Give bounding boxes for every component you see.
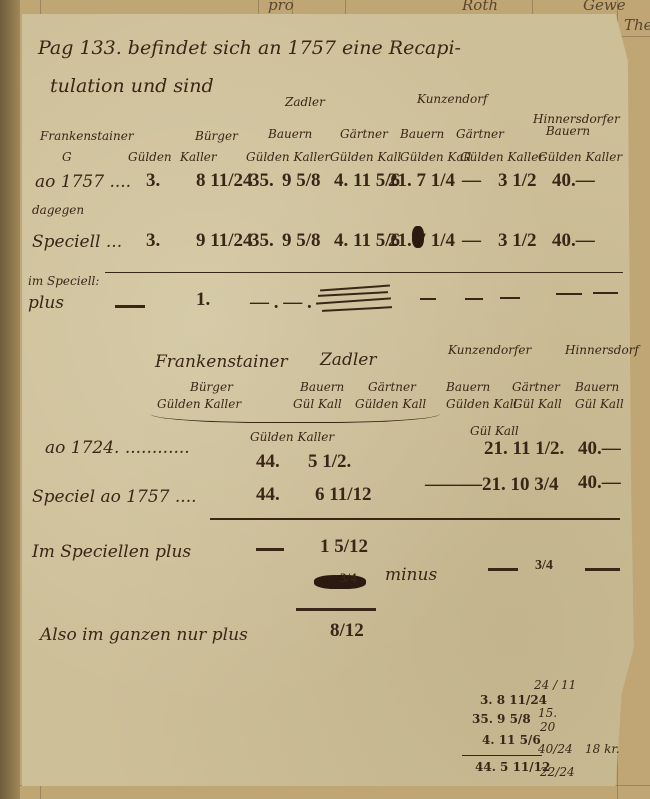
dash [115, 305, 145, 308]
calc-line-1: 3. 8 11/24 [480, 693, 547, 707]
summary-total-label: Also im ganzen nur plus [40, 625, 248, 645]
row-speciell-bauern-g: 35. [250, 230, 274, 252]
dash [593, 292, 618, 294]
row-1757-label: ao 1757 .... [35, 172, 131, 192]
unit-kaller: Kaller [180, 150, 217, 164]
col-buerger: Bürger [195, 129, 238, 143]
t2-row-1724-hinn: 40.— [578, 438, 621, 460]
col-frankenstainer: Frankenstainer [40, 129, 134, 143]
diff-dashes: — . — . [250, 292, 312, 314]
t2-row-1724-kaller: 5 1/2. [308, 451, 351, 473]
dash [585, 568, 620, 571]
t2-sub-bauern-z: Bauern [300, 380, 344, 394]
summary-plus-value: 1 5/12 [320, 536, 368, 558]
calc-rule [462, 755, 542, 756]
dash [420, 298, 436, 300]
row-1757-kunz-gaertner: — [462, 170, 481, 192]
row-1757-hinnersdorf: 40.— [552, 170, 595, 192]
t2-row-1724-label: ao 1724. ............ [45, 438, 190, 458]
unit-gk-5: Gülden Kaller [538, 150, 622, 164]
row-speciell-g: 3. [146, 230, 160, 252]
calc-side-3: 40/24 [538, 742, 573, 756]
t2-row-1724-kunz: 21. 11 1/2. [484, 438, 564, 460]
row-1757-g: 3. [146, 170, 160, 192]
header-bracket [150, 400, 440, 423]
ledger-rule [258, 0, 259, 14]
ledger-rule [532, 0, 533, 14]
row-speciell-kunz-gaertner: — [462, 230, 481, 252]
t2-sub-gaertner-k: Gärtner [512, 380, 560, 394]
heading-line-1: Pag 133. befindet sich an 1757 eine Reca… [38, 37, 461, 59]
summary-struck-value: 3/4 [340, 570, 357, 586]
diff-label: plus [28, 293, 64, 313]
row-speciell-hinnersdorf: 40.— [552, 230, 595, 252]
col-gaertner-kunzendorf: Gärtner [456, 127, 504, 141]
summary-minus-label: minus [385, 565, 437, 585]
ledger-rule [345, 0, 346, 14]
dash [256, 548, 284, 551]
t2-sub-gaertner-z: Gärtner [368, 380, 416, 394]
t2-row-1757-guelden: 44. [256, 484, 280, 506]
col-gaertner-zadler: Gärtner [340, 127, 388, 141]
col-bauern-zadler: Bauern [268, 127, 312, 141]
t2-row-1757-kunz: ———21. 10 3/4 [425, 474, 559, 496]
row-speciell-buerger: 9 11/24 [196, 230, 252, 252]
unit-gk-2: Gülden Kall [330, 150, 401, 164]
summary-minus-value: 3/4 [535, 558, 553, 574]
row-speciell-prefix: dagegen [32, 203, 84, 217]
t2-sub-bauern-h: Bauern [575, 380, 619, 394]
row-1757-kunz-gaertner-k: 3 1/2 [498, 170, 537, 192]
group-label-kunzendorf: Kunzendorf [417, 92, 487, 106]
summary-plus-label: Im Speciellen plus [32, 542, 191, 562]
t2-row-1724-guelden: 44. [256, 451, 280, 473]
t2-sub-buerger: Bürger [190, 380, 233, 394]
unit-guelden: Gülden [128, 150, 172, 164]
book-spine [0, 0, 20, 799]
row-speciell-bauern-k: 9 5/8 [282, 230, 321, 252]
unit-g: G [62, 150, 72, 164]
group-label-zadler: Zadler [285, 95, 325, 109]
t2-row-1757-kaller: 6 11/12 [315, 484, 371, 506]
t2-row-1757-hinn: 40.— [578, 472, 621, 494]
t2-group-frankenstainer: Frankenstainer [155, 352, 288, 372]
t2-group-hinnersdorf: Hinnersdorf [565, 343, 639, 357]
row-speciell-label: Speciell ... [32, 232, 122, 252]
table2-separator [210, 518, 620, 520]
t2-row-1724-units: Gülden Kaller [250, 430, 334, 444]
t2-unit-6: Gül Kall [575, 397, 624, 411]
t2-unit-4: Gülden Kall [446, 397, 517, 411]
calc-side-1: 15. [538, 706, 557, 720]
calc-note: 18 kr. [585, 742, 620, 756]
ledger-header-the: The [624, 16, 650, 34]
summary-total-value: 8/12 [330, 620, 364, 642]
t2-group-zadler: Zadler [320, 350, 376, 370]
heading-line-2: tulation und sind [50, 75, 214, 97]
diff-buerger: 1. [196, 289, 210, 311]
table1-separator [105, 272, 623, 273]
t2-group-kunzendorf: Kunzendorfer [448, 343, 531, 357]
ledger-rule [617, 36, 650, 37]
t2-row-1757-label: Speciel ao 1757 .... [32, 487, 197, 507]
row-1757-bauern-k: 9 5/8 [282, 170, 321, 192]
row-1757-kunz-bauern: 21. 7 1/4 [388, 170, 455, 192]
t2-row-1724-right-units: Gül Kall [470, 424, 519, 438]
t2-unit-5: Gül Kall [513, 397, 562, 411]
dash [488, 568, 518, 571]
ledger-header-pro: pro [268, 0, 294, 14]
col-hinnersdorf: Hinnersdorfer Bauern [533, 113, 603, 137]
dash [500, 297, 520, 299]
ink-blot [412, 226, 424, 248]
ledger-header-roth: Roth [462, 0, 498, 14]
dash [465, 298, 483, 300]
calc-side-2: 20 [540, 720, 555, 734]
ledger-header-gewe: Gewe [583, 0, 626, 14]
row-speciell-kunz-gaertner-k: 3 1/2 [498, 230, 537, 252]
calc-top: 24 / 11 [534, 678, 576, 692]
calc-side-4: 22/24 [540, 765, 575, 779]
dash [556, 293, 582, 295]
row-1757-buerger: 8 11/24 [196, 170, 252, 192]
t2-sub-bauern-k: Bauern [446, 380, 490, 394]
unit-gk-4: Gülden Kaller [460, 150, 544, 164]
col-bauern-kunzendorf: Bauern [400, 127, 444, 141]
sum-rule [296, 608, 376, 611]
unit-gk-1: Gülden Kaller [246, 150, 330, 164]
diff-prefix: im Speciell: [28, 274, 99, 288]
row-1757-bauern-g: 35. [250, 170, 274, 192]
calc-line-2: 35. 9 5/8 [472, 712, 531, 726]
calc-line-3: 4. 11 5/6 [482, 733, 541, 747]
